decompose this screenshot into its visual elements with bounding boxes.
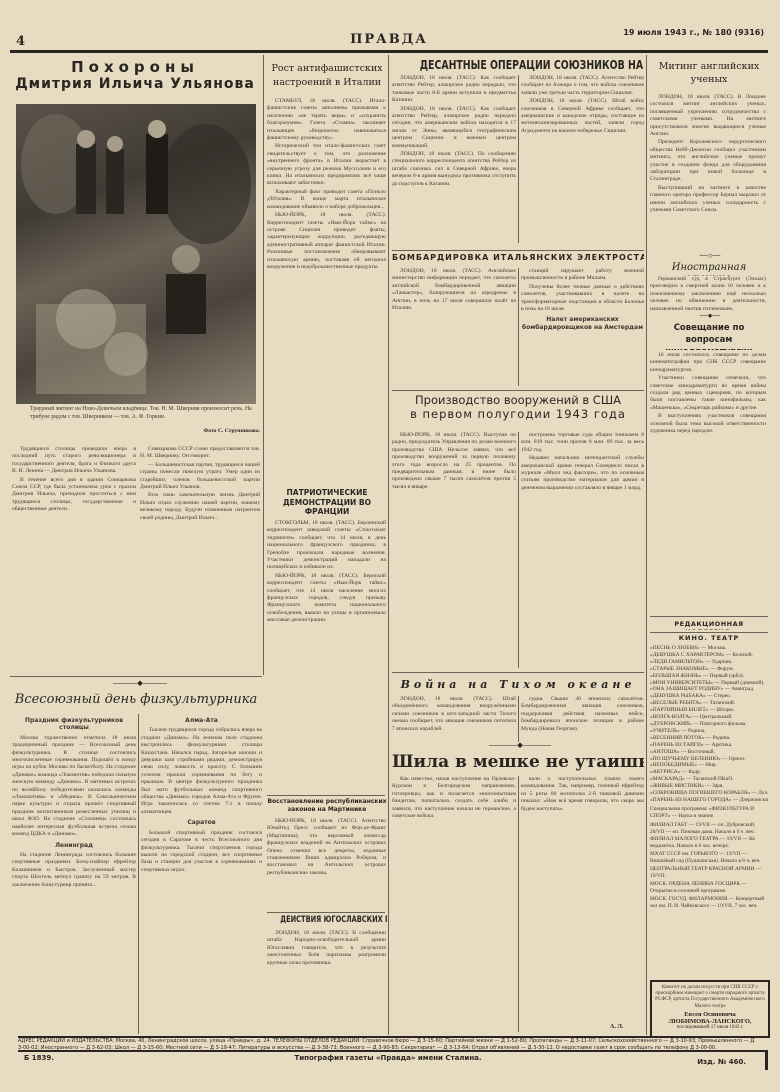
funeral-title-line1: Похороны: [10, 58, 260, 76]
funeral-photo-caption: Траурный митинг на Ново-Девичьем кладбищ…: [30, 406, 260, 428]
funeral-photo-credit: Фото С. Струнникова.: [160, 428, 260, 437]
listing-item: «БОЛЬШАЯ ЖИЗНЬ» — Первый (зрбл).: [650, 673, 768, 680]
italy-article: СТАМБУЛ, 18 июля. (ТАСС). Итало-фашистск…: [267, 98, 386, 382]
pacific-headline: Война на Тихом океане: [392, 678, 644, 694]
listing-item: «УЧИТЕЛЬ» — Родина.: [650, 728, 768, 735]
column-divider: [388, 55, 389, 1035]
newspaper-page: 4 ПРАВДА 19 июля 1943 г., № 180 (9316) П…: [10, 0, 768, 1092]
listing-item: «ДУБРОВСКИЙ» — Повторного фильма.: [650, 721, 768, 728]
sports-subheading-saratov: Саратов: [141, 819, 262, 826]
bombing-article-col1: ЛОНДОН, 18 июля. (ТАСС). Английское мини…: [392, 268, 516, 386]
film-meeting-headline: Совещание по вопросам кинодраматургии: [650, 322, 768, 350]
martinique-article: НЬЮ-ЙОРК, 18 июля. (ТАСС). Агентство Юна…: [267, 818, 386, 910]
edge-mark: [765, 1050, 768, 1070]
yugoslav-headline: ДЕЙСТВИЯ ЮГОСЛАВСКИХ ПАРТИЗАН: [267, 915, 387, 927]
funeral-headline: Похороны Дмитрия Ильича Ульянова: [10, 58, 260, 102]
listing-item: «ЖИВЫЕ МИСТИКИ» — Заря.: [650, 783, 768, 790]
footer-bar: Б 1839. Типография газеты «Правда» имени…: [18, 1054, 758, 1070]
pacific-col1: ЛОНДОН, 18 июля. (ТАСС). Штаб объединённ…: [392, 696, 516, 744]
sports-subheading-moscow: Праздник физкультурников столицы: [12, 717, 136, 732]
yugoslav-article: ЛОНДОН, 18 июля. (ТАСС). В сообщении шта…: [267, 930, 386, 1030]
obituary-notice: Комитет по делам искусств при СНК СССР с…: [650, 980, 770, 1038]
scientists-article: ЛОНДОН, 18 июля. (ТАСС). В Лондоне состо…: [650, 94, 766, 250]
listing-item: «ОНА ЗАЩИЩАЕТ РОДИНУ» — Аванград.: [650, 686, 768, 693]
masthead: 4 ПРАВДА 19 июля 1943 г., № 180 (9316): [10, 28, 768, 50]
sicily-headline: ДЕСАНТНЫЕ ОПЕРАЦИИ СОЮЗНИКОВ НА СИЦИЛИИ: [392, 58, 644, 72]
cinema-theatre-listings: «ПЕСНЬ О ЛЮБВИ» — Москва.«ДЕВУШКА С ХАРА…: [650, 645, 768, 955]
demonstrations-article: СТОКГОЛЬМ, 18 июля. (ТАСС). Берлинский к…: [267, 520, 386, 790]
listing-item: «СТАРЫЕ ЗНАКОМЫЕ» — Форум.: [650, 666, 768, 673]
funeral-photo: [16, 104, 256, 404]
listing-item: «ДЕВУШКА РЫБАКА» — Стерео.: [650, 693, 768, 700]
sicily-article-col1: ЛОНДОН, 18 июля. (ТАСС). Как сообщает аг…: [392, 75, 516, 247]
ornament-divider: ⎯⎯⎯⎯⎯⎯⎯◆⎯⎯⎯⎯⎯⎯⎯: [450, 742, 590, 750]
sicily-article-col2: ЛОНДОН, 18 июля. (ТАСС). Агентство Рейте…: [521, 75, 644, 247]
theatre-item: ФИЛИАЛ ГАБТ — 19/VII — оп. Дубровский, 2…: [650, 822, 768, 836]
film-meeting-article: 16 июля состоялось совещание по делам ки…: [650, 352, 766, 614]
listing-item: «НЕПОБЕДИМЫЕ» — Мир.: [650, 762, 768, 769]
demonstrations-headline: ПАТРИОТИЧЕСКИЕ ДЕМОНСТРАЦИИ ВО ФРАНЦИИ: [267, 488, 387, 518]
issue-info: 19 июля 1943 г., № 180 (9316): [623, 28, 764, 37]
masthead-rule: [10, 50, 768, 53]
usa-armaments-col1: НЬЮ-ЙОРК, 18 июля. (ТАСС). Выступая по р…: [392, 432, 516, 668]
theatre-item: МОСК. ОРДЕНА ЛЕНИНА ГОСЦИРК — Открытие в…: [650, 881, 768, 895]
theatre-item: ФИЛИАЛ МАЛОГО ТЕАТРА — 19/VII — Ко медиа…: [650, 836, 768, 850]
bombing-headline: БОМБАРДИРОВКА ИТАЛЬЯНСКИХ ЭЛЕКТРОСТАНЦИЙ: [392, 253, 644, 265]
funeral-scene-image: [16, 104, 256, 404]
listing-item: «ВОЛГА-ВОЛГА» — Центральный.: [650, 714, 768, 721]
theatre-item: МОСК. ГОСУД. ФИЛАРМОНИЯ — Концертный зал…: [650, 896, 768, 910]
listing-item: «ПО ЩУЧЬЕМУ ВЕЛЕНИЮ» — Орион.: [650, 756, 768, 763]
listing-item: «ДЕВУШКА С ХАРАКТЕРОМ» — Колизей.: [650, 652, 768, 659]
scientists-headline: Митинг английских ученых: [650, 60, 768, 92]
listing-item: «МОИ УНИВЕРСИТЕТЫ» — Первый (дневной).: [650, 680, 768, 687]
sports-day-col1: Праздник физкультурников столицы Москва …: [12, 714, 136, 1034]
listing-item: «ПАРЕНЬ ИЗ НАШЕГО ГОРОДА» — Дзержинский …: [650, 797, 768, 804]
listing-item: «СОКРОВИЩА ПОГИБШЕГО КОРАБЛЯ» — Луч.: [650, 790, 768, 797]
funeral-title-line2: Дмитрия Ильича Ульянова: [10, 76, 260, 92]
amsterdam-subheading: Налет американских бомбардировщиков на А…: [521, 316, 644, 331]
martinique-headline: Восстановление республиканских законов н…: [267, 798, 387, 816]
sports-day-col2: Алма-Ата Тысячи трудящихся города собрал…: [141, 714, 262, 1034]
theatre-item: ЦЕНТРАЛЬНЫЙ ТЕАТР КРАСНОЙ АРМИИ — 19/VII…: [650, 866, 768, 880]
awl-col1: Как известно, начав наступление на Орлов…: [392, 776, 516, 1032]
footer-edition: Изд. № 460.: [697, 1058, 746, 1066]
column-divider: [646, 55, 647, 1035]
ornament-divider: ⎯⎯○⎯⎯: [680, 252, 740, 260]
awl-signature: А. Л.: [610, 1024, 640, 1033]
listing-item: «ВЕСЕННИЙ ПОТОК» — Родина.: [650, 735, 768, 742]
listing-item: «ПЕСНЬ О ЛЮБВИ» — Москва.: [650, 645, 768, 652]
sports-day-headline: Всесоюзный день физкультурника: [10, 692, 262, 712]
foreign-chronicle-headline: Иностранная хроника: [650, 262, 768, 276]
funeral-article-col2: Совнаркома СССР слово предоставляется то…: [140, 446, 260, 674]
pacific-col2: судна. Свыше 40 японских самолётов. Бомб…: [521, 696, 644, 744]
footer-printer: Типография газеты «Правда» имени Сталина…: [18, 1054, 758, 1062]
theatre-item: МХАТ СССР им. ГОРЬКОГО — 19/VII — Вишнёв…: [650, 851, 768, 865]
editorial-board: РЕДАКЦИОННАЯ КОЛЛЕГИЯ.: [650, 620, 768, 630]
awl-headline: Шила в мешке не утаишь: [392, 752, 644, 774]
listing-item: «МАСКАРАД» — Таганский ПКиО.: [650, 776, 768, 783]
usa-armaments-col2: построены торговые суда общим тоннажем 8…: [521, 432, 644, 668]
listing-item: «ПАРТИЙНЫЙ БИЛЕТ» — Шторм.: [650, 707, 768, 714]
foreign-chronicle-text: Германский суд в Страсбурге (Эльзас) при…: [650, 276, 766, 310]
italy-headline: Рост антифашистских настроений в Италии: [267, 62, 387, 96]
awl-col2: вали о наступательных планах своего кома…: [521, 776, 644, 1024]
listing-item: «АНТОША» — Восточный.: [650, 749, 768, 756]
listings-header: КИНО. ТЕАТР: [650, 634, 768, 644]
usa-armaments-headline: Производство вооружений в США в первом п…: [392, 393, 644, 429]
funeral-article-col1: Трудящиеся столицы проводили вчера в пос…: [12, 446, 136, 674]
ornament-divider: ⎯⎯●⎯⎯: [680, 312, 740, 320]
ornament-divider: ⎯⎯⎯⎯⎯⎯◆⎯⎯⎯⎯⎯⎯: [80, 680, 200, 688]
bombing-article-col2: станций нарушает работу военной промышле…: [521, 268, 644, 386]
column-divider: [263, 55, 264, 675]
listing-item: «ПАРЕНЬ ИЗ ТАЙГИ» — Арктика.: [650, 742, 768, 749]
listing-item: «ЛЕДИ ГАМИЛЬТОН» — Ударник.: [650, 659, 768, 666]
sports-subheading-leningrad: Ленинград: [12, 842, 136, 849]
listing-item: «ВЕСЕЛЫЕ РЕБЯТА» — Таганский.: [650, 700, 768, 707]
listing-item: «АКТРИСА» — Кадр.: [650, 769, 768, 776]
sports-subheading-almaata: Алма-Ата: [141, 717, 262, 724]
listing-special: Специальная программа: «ФИЗКУЛЬТУРА И СП…: [650, 806, 768, 820]
